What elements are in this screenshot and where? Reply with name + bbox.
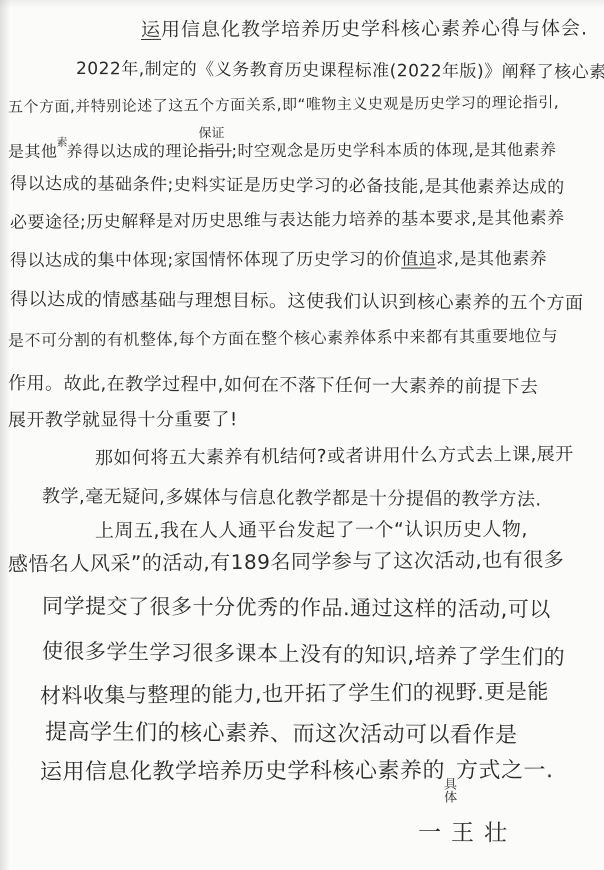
scan-edge-shadow-left	[0, 0, 10, 870]
line6-text-a: 得以达成的集中体现;家国情怀体现了历史学习的价	[10, 250, 401, 271]
line3-text-a: 是其他	[8, 142, 58, 161]
line3-text-c: ;时空观念是历史学科本质的体现,是其他素养	[232, 140, 557, 160]
scan-edge-shadow-top	[0, 0, 604, 8]
body-line-4: 得以达成的基础条件;史料实证是历史学习的必备技能,是其他素养达成的	[10, 175, 565, 198]
line19-text-b: 方式之一.	[456, 758, 554, 783]
page-title: 运用信息化教学培养历史学科核心素养心得与体会.	[141, 18, 588, 41]
title-underlined-char: 运	[141, 19, 161, 41]
correction-group: 保证指引	[199, 142, 232, 161]
body-line-1: 2022年,制定的《义务教育历史课程标准(2022年版)》阐释了核心素养的	[76, 60, 604, 83]
body-line-6: 得以达成的集中体现;家国情怀体现了历史学习的价值追求,是其他素养	[10, 250, 547, 271]
line3-text-b: 养得以达成的理论	[66, 141, 198, 160]
body-line-17: 材料收集与整理的能力,也开拓了学生们的视野.更是能	[40, 680, 549, 709]
body-line-8: 是不可分割的有机整体,每个方面在整个核心素养体系中来都有其重要地位与	[8, 327, 558, 350]
body-line-19: 运用信息化教学培养历史学科核心素养的具体方式之一.	[40, 758, 554, 806]
body-line-9: 作用。故此,在教学过程中,如何在不落下任何一大素养的前提下去	[8, 374, 539, 398]
body-line-10: 展开教学就显得十分重要了!	[8, 410, 238, 431]
body-line-13: 上周五,我在人人通平台发起了一个“认识历史人物,	[95, 519, 528, 542]
body-line-5: 必要途径;历史解释是对历史思维与表达能力培养的基本要求,是其他素养	[10, 209, 565, 233]
body-line-7: 得以达成的情感基础与理想目标。这使我们认识到核心素养的五个方面	[10, 290, 584, 315]
line6-text-b: 求,是其他素养	[436, 249, 547, 269]
handwritten-document-page: 运用信息化教学培养历史学科核心素养心得与体会. 2022年,制定的《义务教育历史…	[0, 0, 604, 870]
body-line-11: 那如何将五大素养有机结何?或者讲用什么方式去上课,展开	[95, 445, 574, 470]
body-line-12: 教学,毫无疑问,多媒体与信息化教学都是十分提倡的教学方法.	[42, 487, 542, 511]
line6-underlined-text: 值追	[401, 250, 436, 270]
struck-out-text: 指引	[199, 141, 232, 160]
correction-text-above: 保证	[198, 127, 224, 142]
body-line-18: 提高学生们的核心素养、而这次活动可以看作是	[45, 720, 518, 749]
body-line-14: 感悟名人风采”的活动,有189名同学参与了这次活动,也有很多	[8, 548, 564, 576]
line19-text-a: 运用信息化教学培养历史学科核心素养的	[40, 759, 445, 785]
body-line-15: 同学提交了很多十分优秀的作品.通过这样的活动,可以	[42, 594, 551, 622]
title-text: 用信息化教学培养历史学科核心素养心得与体会.	[161, 17, 588, 40]
body-line-2: 五个方面,并特别论述了这五个方面关系,即“唯物主义史观是历史学习的理论指引,	[8, 94, 559, 116]
body-line-3: 是其他素养得以达成的理论保证指引;时空观念是历史学科本质的体现,是其他素养	[8, 135, 557, 161]
signature: 一王壮	[418, 820, 517, 847]
body-line-16: 使很多学生学习很多课本上没有的知识,培养了学生们的	[42, 639, 565, 670]
